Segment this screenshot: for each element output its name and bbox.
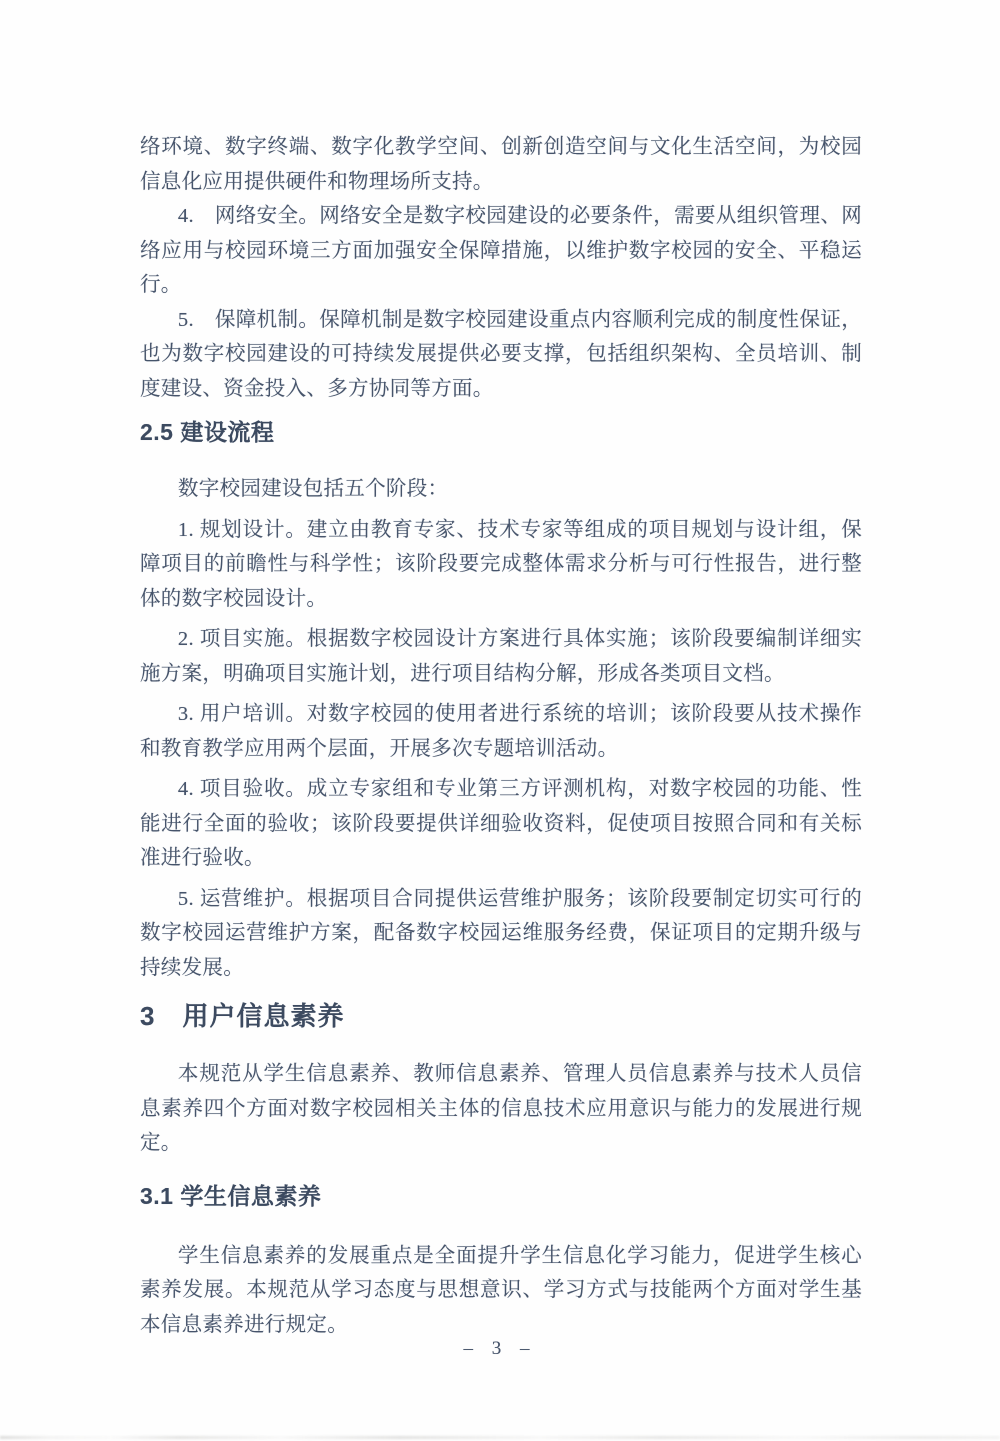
list-item-2-project-implementation: 2. 项目实施。根据数字校园设计方案进行具体实施；该阶段要编制详细实施方案，明确… xyxy=(140,622,862,691)
document-content: 络环境、数字终端、数字化教学空间、创新创造空间与文化生活空间，为校园信息化应用提… xyxy=(140,130,862,1342)
list-item-5-operation-maintenance: 5. 运营维护。根据项目合同提供运营维护服务；该阶段要制定切实可行的数字校园运营… xyxy=(140,882,862,986)
paragraph-five-stages-intro: 数字校园建设包括五个阶段： xyxy=(140,472,862,507)
section-heading-3-user-information-literacy: 3 用户信息素养 xyxy=(140,999,862,1033)
paragraph-student-literacy-overview: 学生信息素养的发展重点是全面提升学生信息化学习能力，促进学生核心素养发展。本规范… xyxy=(140,1239,862,1343)
paragraph-hardware-support-continuation: 络环境、数字终端、数字化教学空间、创新创造空间与文化生活空间，为校园信息化应用提… xyxy=(140,130,862,199)
section-heading-3-1-student-information-literacy: 3.1 学生信息素养 xyxy=(140,1182,862,1210)
page-number: – 3 – xyxy=(464,1338,537,1359)
list-item-1-planning-design: 1. 规划设计。建立由教育专家、技术专家等组成的项目规划与设计组，保障项目的前瞻… xyxy=(140,513,862,617)
list-item-4-project-acceptance: 4. 项目验收。成立专家组和专业第三方评测机构，对数字校园的功能、性能进行全面的… xyxy=(140,772,862,876)
page-footer: – 3 – xyxy=(0,1338,1000,1360)
scan-edge-artifact xyxy=(0,1436,1000,1439)
list-item-5-safeguard-mechanism: 5. 保障机制。保障机制是数字校园建设重点内容顺利完成的制度性保证，也为数字校园… xyxy=(140,303,862,407)
list-item-4-network-security: 4. 网络安全。网络安全是数字校园建设的必要条件，需要从组织管理、网络应用与校园… xyxy=(140,199,862,303)
document-page: 络环境、数字终端、数字化教学空间、创新创造空间与文化生活空间，为校园信息化应用提… xyxy=(0,0,1000,1441)
section-heading-2-5-construction-process: 2.5 建设流程 xyxy=(140,418,862,446)
list-item-3-user-training: 3. 用户培训。对数字校园的使用者进行系统的培训；该阶段要从技术操作和教育教学应… xyxy=(140,697,862,766)
paragraph-user-literacy-overview: 本规范从学生信息素养、教师信息素养、管理人员信息素养与技术人员信息素养四个方面对… xyxy=(140,1057,862,1161)
